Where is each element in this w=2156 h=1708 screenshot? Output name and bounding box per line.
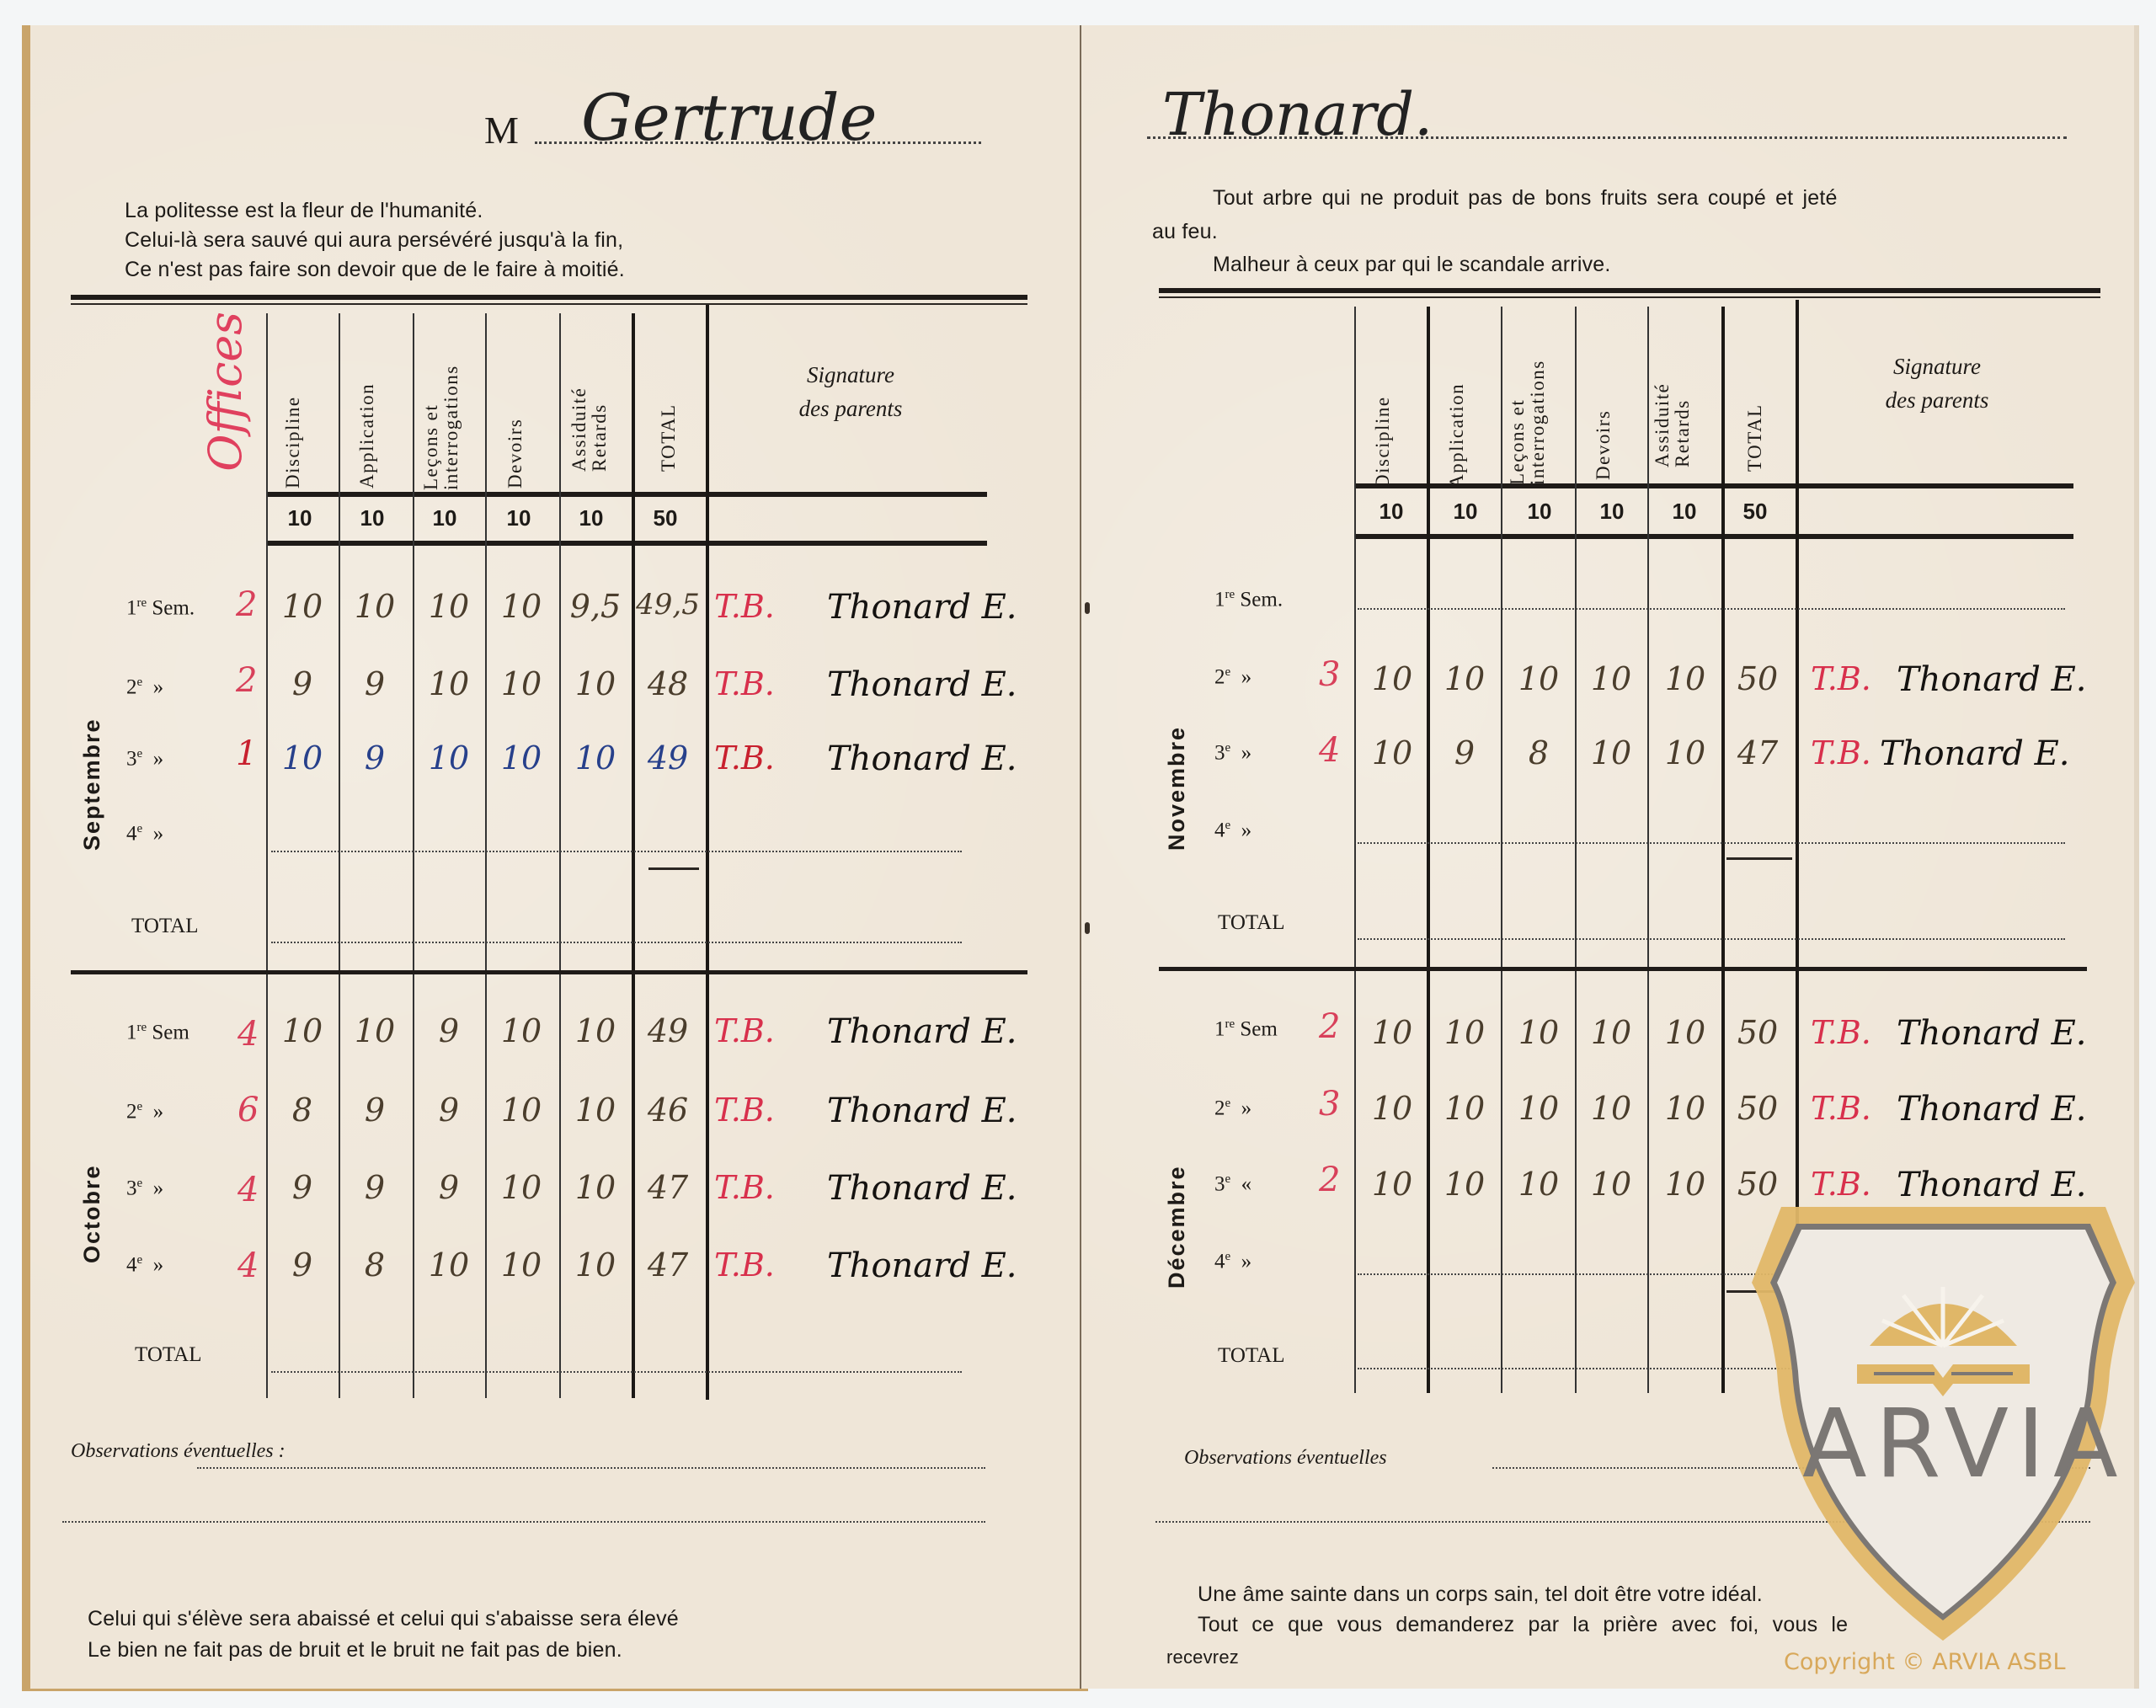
grade-discipline: 9 — [264, 665, 340, 702]
maxim-text: recevrez — [1166, 1642, 1239, 1672]
grade-total: 46 — [630, 1092, 706, 1129]
grade-lecons: 10 — [411, 588, 487, 625]
grade-total: 47 — [630, 1246, 706, 1284]
parent-signature: Thonard E. — [1897, 1166, 2087, 1204]
student-last-name: Thonard. — [1162, 80, 1433, 149]
grade-total: 49,5 — [630, 588, 706, 622]
class-rank: 3 — [1319, 655, 1340, 694]
margin-note-offices: Offices — [199, 312, 252, 472]
mention: T.B. — [714, 1092, 775, 1129]
grade-assiduite: 10 — [1647, 660, 1723, 697]
grade-total: 47 — [630, 1169, 706, 1206]
row-label: 1re Sem — [1214, 1017, 1278, 1041]
grade-application: 9 — [337, 1169, 413, 1206]
parent-signature: Thonard E. — [827, 1092, 1017, 1130]
max-score: 10 — [1514, 499, 1565, 525]
grade-application: 10 — [337, 1012, 413, 1049]
row-label: 1re Sem. — [126, 596, 195, 620]
row-label: 3e « — [1214, 1172, 1251, 1196]
grade-devoirs: 10 — [1573, 660, 1649, 697]
mention: T.B. — [1811, 1014, 1871, 1051]
column-divider — [1427, 307, 1430, 1393]
row-label: 1re Sem. — [1214, 588, 1283, 611]
grade-devoirs: 10 — [1573, 1014, 1649, 1051]
maxim-text: au feu. — [1152, 217, 1218, 247]
signature-header-line2: des parents — [1828, 383, 2047, 417]
max-score: 10 — [1587, 499, 1637, 525]
month-rule — [71, 970, 1027, 974]
class-rank: 2 — [1319, 1007, 1340, 1046]
column-header-total: TOTAL — [1745, 320, 1765, 472]
row-dotted-line — [271, 1371, 962, 1373]
grade-application: 9 — [337, 739, 413, 777]
maxim-text: Une âme sainte dans un corps sain, tel d… — [1198, 1580, 1763, 1609]
class-rank: 2 — [1319, 1161, 1340, 1199]
class-rank: 2 — [236, 661, 257, 700]
row-label: 3e » — [126, 1177, 163, 1200]
max-score: 50 — [1730, 499, 1780, 525]
grade-discipline: 10 — [1354, 660, 1430, 697]
row-label-total: TOTAL — [1218, 1344, 1284, 1368]
parent-signature: Thonard E. — [827, 1169, 1017, 1208]
mention: T.B. — [1811, 734, 1871, 771]
max-score: 10 — [1366, 499, 1417, 525]
parent-signature: Thonard E. — [827, 588, 1017, 627]
mention: T.B. — [1811, 660, 1871, 697]
month-label-septembre: Septembre — [79, 682, 105, 851]
mention: T.B. — [1811, 1090, 1871, 1127]
maxim-text: Celui-là sera sauvé qui aura persévéré j… — [125, 226, 623, 255]
max-score: 10 — [347, 505, 398, 531]
grade-application: 10 — [1427, 1166, 1502, 1203]
row-label-total: TOTAL — [131, 915, 198, 938]
copyright-notice: Copyright © ARVIA ASBL — [1784, 1649, 2066, 1675]
row-dotted-line — [1358, 608, 2065, 610]
grade-total: 48 — [630, 665, 706, 702]
grade-devoirs: 10 — [1573, 1090, 1649, 1127]
row-dotted-line — [271, 942, 962, 943]
grade-discipline: 10 — [264, 588, 340, 625]
column-divider — [339, 313, 340, 1398]
name-prefix: M — [484, 108, 519, 152]
grade-lecons: 10 — [411, 1246, 487, 1284]
column-header-assiduite: Assiduité Retards — [569, 320, 611, 472]
grade-discipline: 10 — [1354, 734, 1430, 771]
max-score: 50 — [640, 505, 691, 531]
grade-devoirs: 10 — [483, 1092, 559, 1129]
mention: T.B. — [714, 1012, 775, 1049]
row-label: 2e » — [1214, 1097, 1251, 1120]
row-label: 2e » — [126, 1100, 163, 1124]
grade-application: 10 — [337, 588, 413, 625]
class-rank: 3 — [1319, 1085, 1340, 1124]
grade-lecons: 10 — [1501, 1090, 1577, 1127]
student-first-name: Gertrude — [581, 80, 877, 155]
total-underline — [648, 867, 699, 870]
row-label: 3e » — [126, 747, 163, 771]
parent-signature: Thonard E. — [827, 665, 1017, 704]
column-divider — [632, 313, 635, 1398]
row-label: 4e » — [126, 1253, 163, 1277]
grade-devoirs: 10 — [483, 1246, 559, 1284]
column-divider — [706, 305, 709, 1400]
grade-application: 9 — [1427, 734, 1502, 771]
column-divider — [413, 313, 414, 1398]
arvia-brand-text: ARVIA — [1802, 1390, 2089, 1499]
row-label: 4e » — [126, 822, 163, 846]
mention: T.B. — [714, 1169, 775, 1206]
grade-total: 49 — [630, 1012, 706, 1049]
class-rank: 6 — [237, 1091, 259, 1129]
grade-total: 50 — [1720, 1014, 1796, 1051]
column-rule — [266, 541, 987, 546]
grade-application: 9 — [337, 1092, 413, 1129]
month-label-octobre: Octobre — [79, 1129, 105, 1263]
signature-header: Signature des parents — [1828, 350, 2047, 417]
row-label: 4e » — [1214, 1250, 1251, 1273]
mention: T.B. — [714, 665, 775, 702]
grade-discipline: 9 — [264, 1169, 340, 1206]
mention: T.B. — [714, 1246, 775, 1284]
grade-assiduite: 10 — [1647, 1014, 1723, 1051]
signature-header: Signature des parents — [741, 358, 960, 425]
month-label-novembre: Novembre — [1164, 691, 1190, 851]
grade-assiduite: 10 — [558, 739, 633, 777]
max-score: 10 — [494, 505, 544, 531]
grade-devoirs: 10 — [1573, 734, 1649, 771]
class-rank: 4 — [237, 1015, 259, 1054]
grade-total: 50 — [1720, 1166, 1796, 1203]
grade-application: 10 — [1427, 660, 1502, 697]
column-divider — [1721, 307, 1725, 1393]
grade-assiduite: 10 — [558, 665, 633, 702]
header-rule — [1159, 288, 2100, 293]
parent-signature: Thonard E. — [827, 1246, 1017, 1285]
signature-header-line1: Signature — [741, 358, 960, 392]
grade-assiduite: 10 — [1647, 1090, 1723, 1127]
class-rank: 4 — [237, 1171, 259, 1209]
grade-total: 49 — [630, 739, 706, 777]
observations-line — [62, 1521, 985, 1523]
grade-discipline: 10 — [264, 739, 340, 777]
grade-assiduite: 9,5 — [558, 588, 633, 625]
header-rule — [71, 303, 1027, 305]
total-underline — [1726, 857, 1792, 860]
column-divider — [1354, 307, 1356, 1393]
maxim-text: Le bien ne fait pas de bruit et le bruit… — [88, 1636, 622, 1665]
column-header-lecons: Leçons et interrogations — [421, 305, 463, 490]
grade-assiduite: 10 — [1647, 1166, 1723, 1203]
column-rule — [1354, 483, 2073, 488]
parent-signature: Thonard E. — [1897, 660, 2087, 699]
grade-assiduite: 10 — [558, 1169, 633, 1206]
parent-signature: Thonard E. — [1897, 1090, 2087, 1129]
row-dotted-line — [1358, 842, 2065, 844]
column-header-application: Application — [357, 320, 377, 488]
column-header-total: TOTAL — [659, 320, 679, 472]
grade-discipline: 10 — [1354, 1090, 1430, 1127]
grade-devoirs: 10 — [483, 739, 559, 777]
grade-discipline: 8 — [264, 1092, 340, 1129]
grade-assiduite: 10 — [1647, 734, 1723, 771]
grade-application: 10 — [1427, 1014, 1502, 1051]
parent-signature: Thonard E. — [827, 739, 1017, 778]
max-score: 10 — [1659, 499, 1710, 525]
row-label: 2e » — [126, 675, 163, 699]
grade-application: 8 — [337, 1246, 413, 1284]
column-rule — [266, 492, 987, 497]
column-header-devoirs: Devoirs — [1593, 320, 1614, 480]
row-label: 3e » — [1214, 741, 1251, 765]
header-rule — [71, 295, 1027, 300]
grade-discipline: 10 — [1354, 1166, 1430, 1203]
grade-discipline: 9 — [264, 1246, 340, 1284]
grade-lecons: 8 — [1501, 734, 1577, 771]
mention: T.B. — [714, 588, 775, 625]
maxim-text: Ce n'est pas faire son devoir que de le … — [125, 255, 625, 285]
grade-devoirs: 10 — [1573, 1166, 1649, 1203]
column-header-devoirs: Devoirs — [505, 320, 526, 488]
grade-assiduite: 10 — [558, 1012, 633, 1049]
grade-devoirs: 10 — [483, 665, 559, 702]
month-label-decembre: Décembre — [1164, 1129, 1190, 1289]
max-score: 10 — [1440, 499, 1491, 525]
column-header-assiduite: Assiduité Retards — [1652, 316, 1694, 467]
class-rank: 4 — [237, 1246, 259, 1285]
column-divider — [1501, 307, 1502, 1393]
mention: T.B. — [714, 739, 775, 777]
column-rule — [1354, 534, 2073, 539]
max-score: 10 — [419, 505, 470, 531]
grade-total: 47 — [1720, 734, 1796, 771]
parent-signature: Thonard E. — [1880, 734, 2070, 773]
grade-application: 10 — [1427, 1090, 1502, 1127]
max-score: 10 — [566, 505, 616, 531]
grade-lecons: 9 — [411, 1092, 487, 1129]
column-divider — [485, 313, 487, 1398]
grade-lecons: 10 — [1501, 660, 1577, 697]
grade-devoirs: 10 — [483, 1169, 559, 1206]
grade-lecons: 10 — [1501, 1014, 1577, 1051]
grade-lecons: 10 — [411, 665, 487, 702]
grade-application: 9 — [337, 665, 413, 702]
grade-lecons: 10 — [411, 739, 487, 777]
grade-devoirs: 10 — [483, 588, 559, 625]
signature-header-line2: des parents — [741, 392, 960, 425]
month-rule — [1159, 967, 2087, 971]
grade-total: 50 — [1720, 660, 1796, 697]
grade-discipline: 10 — [1354, 1014, 1430, 1051]
column-header-application: Application — [1447, 312, 1467, 488]
parent-signature: Thonard E. — [827, 1012, 1017, 1051]
maxim-text: Tout arbre qui ne produit pas de bons fr… — [1213, 184, 1838, 213]
row-label-total: TOTAL — [135, 1343, 201, 1367]
row-label: 1re Sem — [126, 1021, 189, 1044]
column-divider — [1647, 307, 1649, 1393]
parent-signature: Thonard E. — [1897, 1014, 2087, 1053]
grade-assiduite: 10 — [558, 1246, 633, 1284]
class-rank: 2 — [236, 585, 257, 624]
grade-total: 50 — [1720, 1090, 1796, 1127]
observations-label: Observations éventuelles — [1184, 1447, 1387, 1470]
row-label-total: TOTAL — [1218, 911, 1284, 935]
signature-header-line1: Signature — [1828, 350, 2047, 383]
row-dotted-line — [1358, 938, 2065, 940]
staple — [1085, 602, 1090, 614]
observations-label: Observations éventuelles : — [71, 1440, 286, 1463]
row-label: 4e » — [1214, 819, 1251, 842]
column-header-lecons: Leçons et interrogations — [1508, 300, 1550, 485]
observations-line — [197, 1467, 985, 1469]
grade-lecons: 9 — [411, 1012, 487, 1049]
staple — [1085, 922, 1090, 934]
grade-devoirs: 10 — [483, 1012, 559, 1049]
class-rank: 1 — [236, 734, 257, 773]
column-divider — [266, 313, 268, 1398]
column-header-discipline: Discipline — [1373, 320, 1393, 488]
column-divider — [1575, 307, 1577, 1393]
grade-lecons: 9 — [411, 1169, 487, 1206]
max-score: 10 — [275, 505, 325, 531]
row-label: 2e » — [1214, 665, 1251, 689]
grade-discipline: 10 — [264, 1012, 340, 1049]
grade-lecons: 10 — [1501, 1166, 1577, 1203]
column-header-discipline: Discipline — [283, 320, 303, 488]
mention: T.B. — [1811, 1166, 1871, 1203]
class-rank: 4 — [1319, 731, 1340, 770]
row-dotted-line — [271, 851, 962, 852]
maxim-text: Malheur à ceux par qui le scandale arriv… — [1213, 250, 1611, 280]
maxim-text: La politesse est la fleur de l'humanité. — [125, 196, 483, 226]
column-divider — [559, 313, 561, 1398]
header-rule — [1159, 296, 2100, 298]
grade-assiduite: 10 — [558, 1092, 633, 1129]
maxim-text: Celui qui s'élève sera abaissé et celui … — [88, 1604, 679, 1634]
